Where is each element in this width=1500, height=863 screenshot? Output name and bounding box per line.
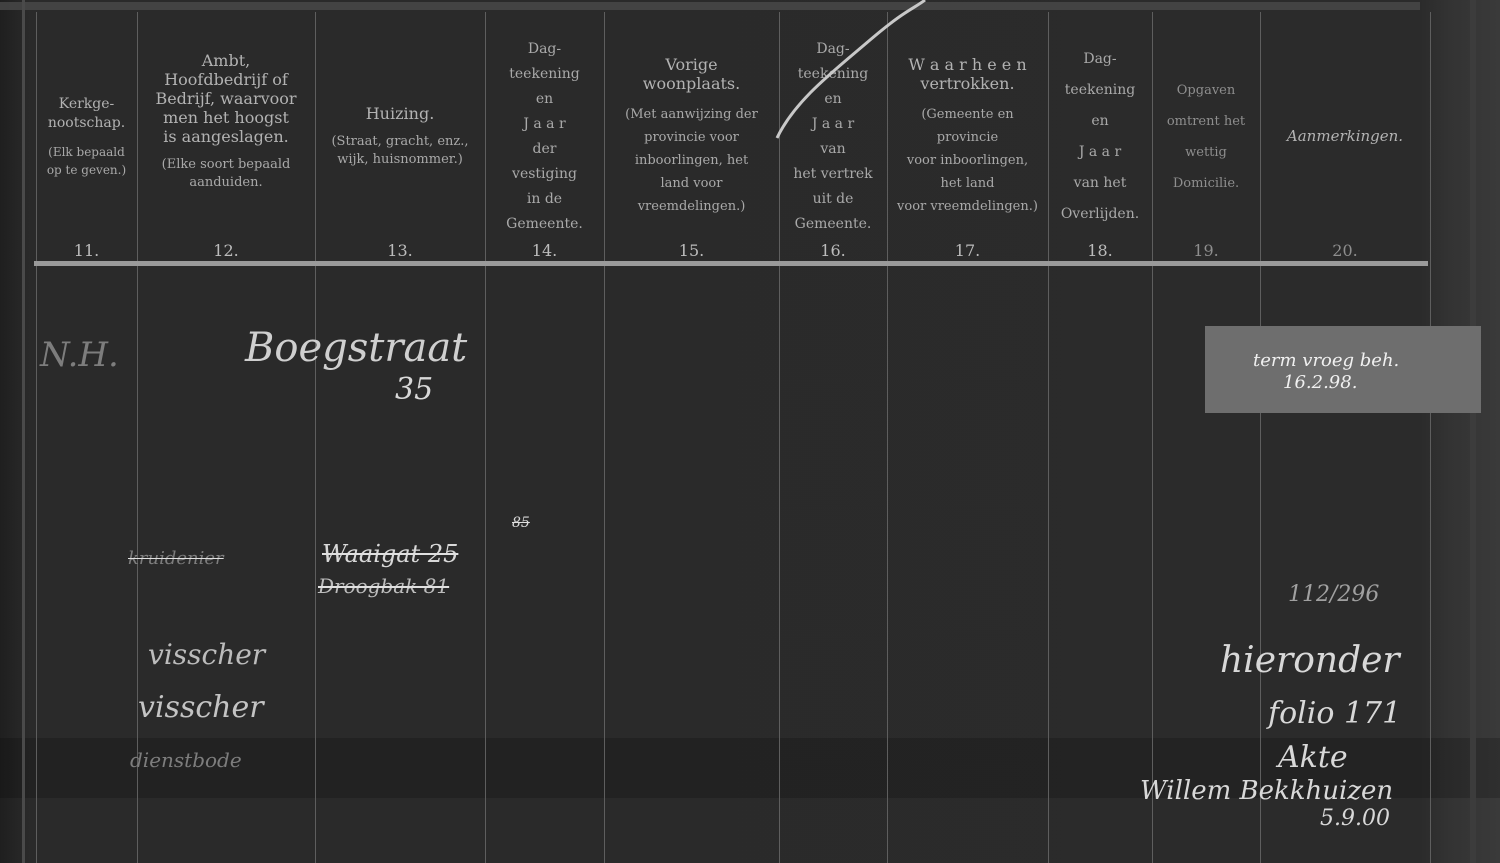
occupation-entry: visscher [148, 638, 265, 671]
crossed-address-entry: Waaigat 25 [322, 540, 458, 568]
remark-name: Willem Bekkhuizen [1140, 776, 1393, 806]
column-note: (Straat, gracht, enz., wijk, huisnommer.… [331, 133, 468, 169]
top-rule [0, 2, 1420, 10]
column-divider [1430, 12, 1431, 863]
column-number: 12. [137, 241, 315, 260]
crossed-address-entry: Droogbak 81 [318, 574, 449, 598]
occupation-entry: visscher [138, 690, 264, 725]
column-header-occupation: Ambt, Hoofdbedrijf of Bedrijf, waarvoor … [137, 14, 315, 259]
column-number: 15. [604, 241, 779, 260]
register-page: Kerkge- nootschap. (Elk bepaald op te ge… [0, 0, 1500, 863]
column-header-death-date: Dag- teekening en J a a r van het Overli… [1048, 14, 1152, 259]
pasted-note: term vroeg beh. 16.2.98. [1205, 326, 1481, 413]
column-title: Aanmerkingen. [1287, 127, 1403, 146]
pen-stroke [775, 0, 935, 140]
column-title: Kerkge- nootschap. [48, 95, 125, 133]
remark-text: hieronder [1220, 640, 1400, 681]
column-header-settlement-date: Dag- teekening en J a a r der vestiging … [485, 14, 604, 259]
column-header-religion: Kerkge- nootschap. (Elk bepaald op te ge… [36, 14, 137, 259]
house-number-entry: 35 [395, 372, 433, 407]
religion-entry: N.H. [40, 335, 119, 375]
column-title: Ambt, Hoofdbedrijf of Bedrijf, waarvoor … [155, 51, 296, 146]
remark-reference: 112/296 [1288, 582, 1379, 607]
crossed-occupation-entry: kruidenier [128, 548, 224, 569]
column-header-remarks: Aanmerkingen. [1260, 14, 1430, 259]
column-number: 19. [1152, 241, 1260, 260]
remark-deed: Akte [1278, 740, 1348, 775]
occupation-entry: dienstbode [130, 748, 242, 772]
column-number: 17. [887, 241, 1048, 260]
remark-date: 5.9.00 [1320, 806, 1390, 831]
column-note: (Elke soort bepaald aanduiden. [162, 156, 291, 192]
column-number: 20. [1260, 241, 1430, 260]
column-title: Huizing. [366, 104, 435, 123]
crossed-number-entry: 85 [512, 515, 530, 531]
column-note: (Met aanwijzing der provincie voor inboo… [625, 103, 758, 218]
column-number: 16. [779, 241, 887, 260]
note-text: term vroeg beh. [1253, 350, 1399, 371]
column-title: Dag- teekening en J a a r der vestiging … [506, 37, 583, 237]
column-title: Vorige woonplaats. [643, 55, 740, 93]
address-entry: Boegstraat [245, 325, 467, 371]
column-title: Opgaven omtrent het wettig Domicilie. [1167, 75, 1245, 199]
column-header-previous-residence: Vorige woonplaats. (Met aanwijzing der p… [604, 14, 779, 259]
left-margin-line [22, 0, 25, 863]
column-number: 14. [485, 241, 604, 260]
column-number: 13. [315, 241, 485, 260]
column-header-housing: Huizing. (Straat, gracht, enz., wijk, hu… [315, 14, 485, 259]
note-date: 16.2.98. [1283, 372, 1357, 393]
page-edge [1470, 0, 1476, 863]
column-number: 11. [36, 241, 137, 260]
header-rule [34, 261, 1428, 266]
column-note: (Elk bepaald op te geven.) [47, 143, 126, 179]
column-title: Dag- teekening en J a a r van het Overli… [1061, 44, 1139, 230]
column-header-domicile: Opgaven omtrent het wettig Domicilie. [1152, 14, 1260, 259]
column-number: 18. [1048, 241, 1152, 260]
remark-folio: folio 171 [1268, 696, 1401, 731]
